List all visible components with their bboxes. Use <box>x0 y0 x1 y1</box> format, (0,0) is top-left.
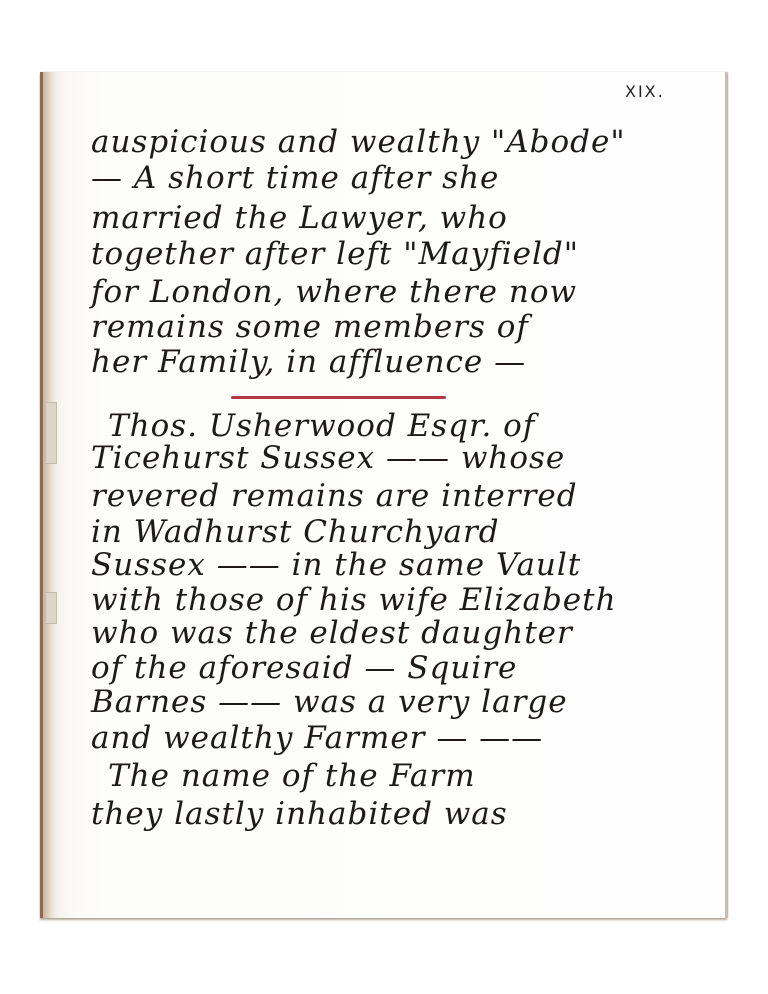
text-line: her Family, in affluence — <box>91 344 526 380</box>
binding-tape <box>45 592 57 624</box>
text-line: of the aforesaid — Squire <box>91 650 517 686</box>
text-line: Ticehurst Sussex —— whose <box>91 440 565 476</box>
text-line: Sussex —— in the same Vault <box>91 547 581 583</box>
text-line: they lastly inhabited was <box>91 796 508 832</box>
manuscript-page: XIX. auspicious and wealthy "Abode" — A … <box>40 72 727 918</box>
text-line: Barnes —— was a very large <box>91 684 568 720</box>
text-line: who was the eldest daughter <box>91 615 573 651</box>
red-divider-rule <box>231 396 446 399</box>
text-line: together after left "Mayfield" <box>91 236 579 272</box>
text-line: The name of the Farm <box>108 758 476 794</box>
text-line: in Wadhurst Churchyard <box>91 514 500 550</box>
text-line: remains some members of <box>91 309 529 345</box>
text-line: auspicious and wealthy "Abode" <box>91 124 626 160</box>
binding-tape <box>45 402 57 464</box>
text-line: with those of his wife Elizabeth <box>91 582 617 618</box>
text-line: Thos. Usherwood Esqr. of <box>108 408 535 444</box>
page-binding-edge <box>43 72 57 918</box>
text-line: — A short time after she <box>91 160 499 196</box>
text-line: and wealthy Farmer — —— <box>91 720 543 756</box>
text-line: for London, where there now <box>91 274 577 310</box>
text-line: revered remains are interred <box>91 478 578 514</box>
page-number: XIX. <box>625 82 665 101</box>
text-line: married the Lawyer, who <box>91 200 508 236</box>
